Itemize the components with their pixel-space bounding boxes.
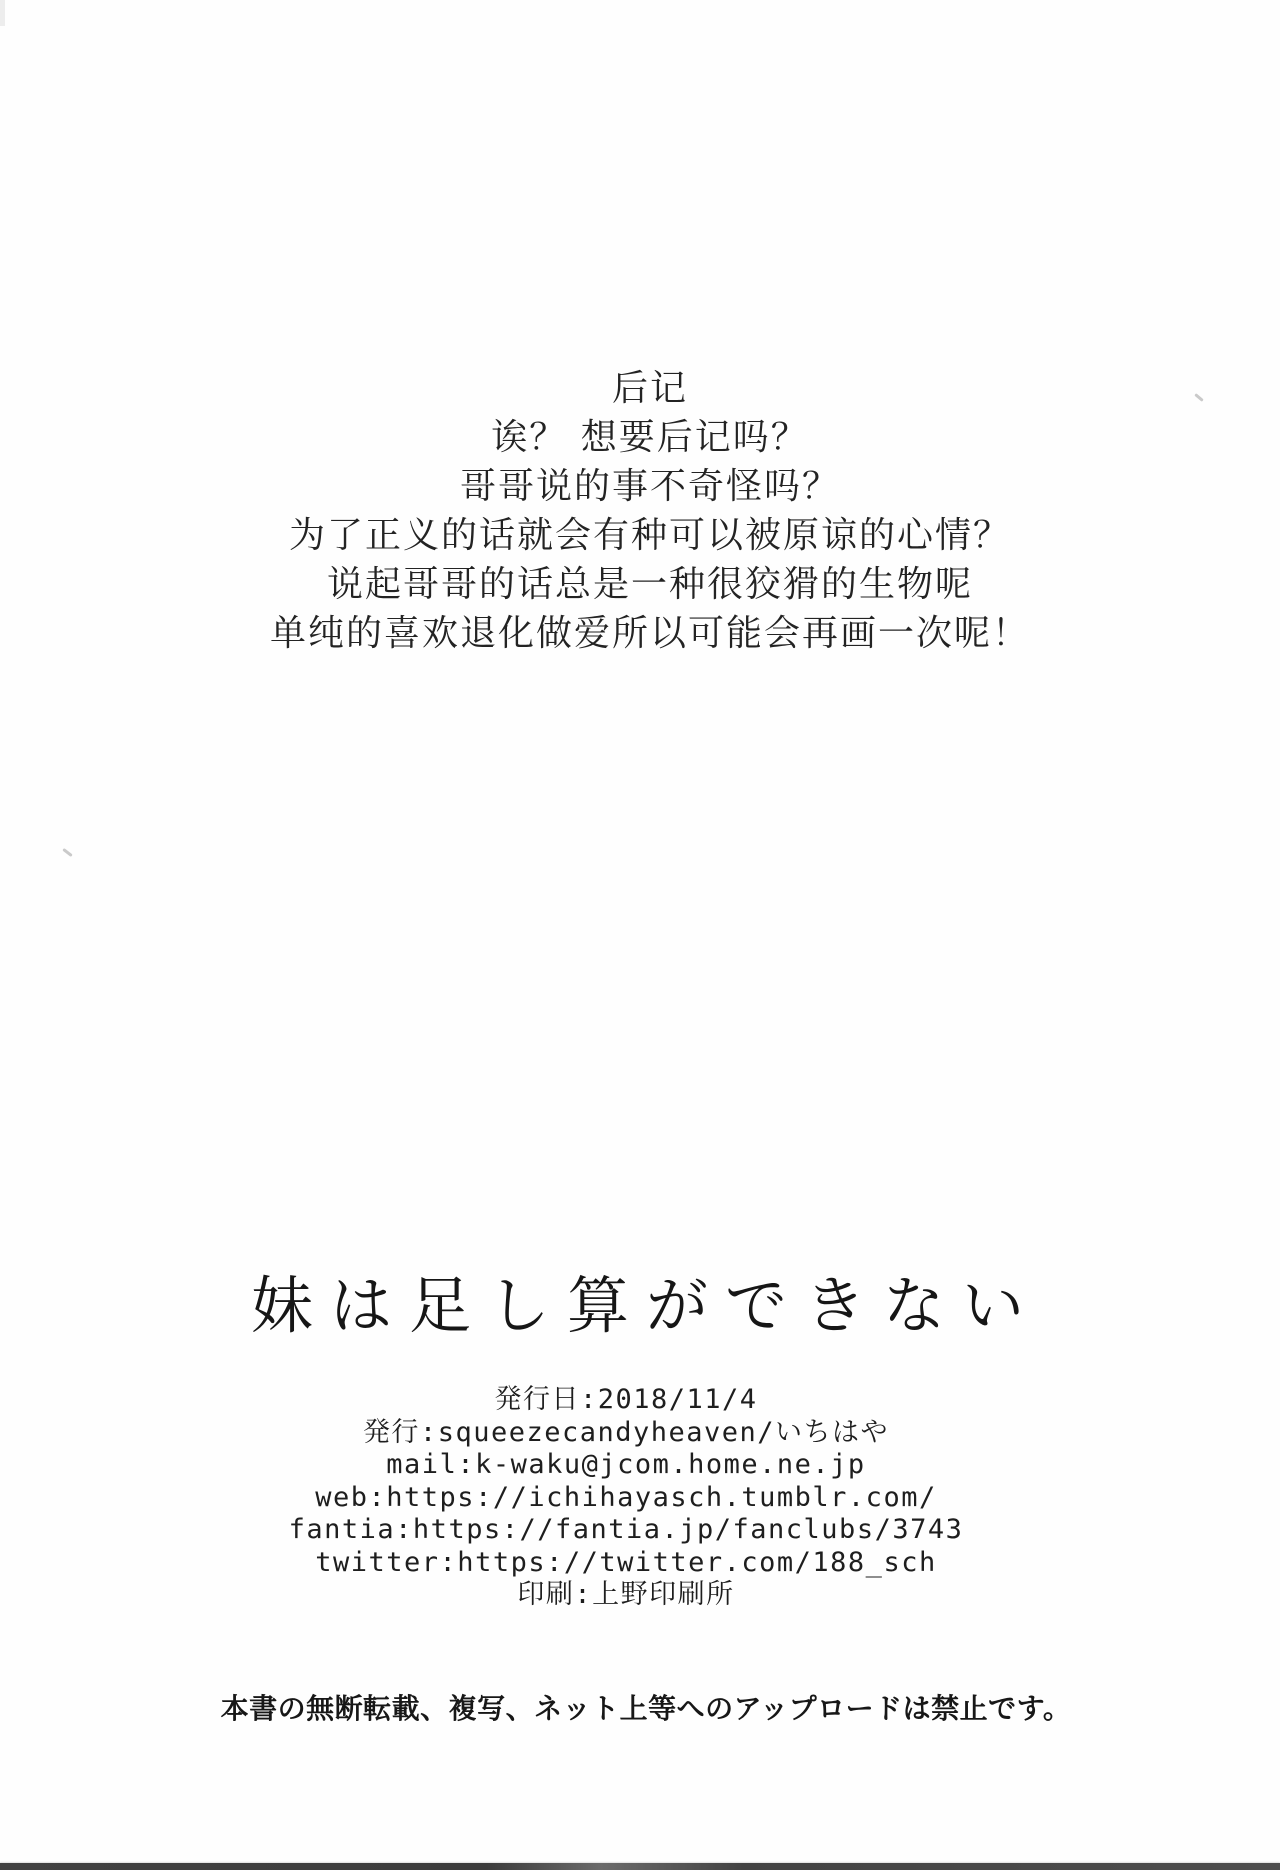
scanned-afterword-page: 后记 诶？ 想要后记吗？ 哥哥说的事不奇怪吗？ 为了正义的话就会有种可以被原谅的…	[0, 0, 1280, 1870]
afterword-block: 后记 诶？ 想要后记吗？ 哥哥说的事不奇怪吗？ 为了正义的话就会有种可以被原谅的…	[10, 364, 1280, 658]
colophon-printer: 印刷:上野印刷所	[0, 1579, 1266, 1612]
afterword-line: 诶？ 想要后记吗？	[10, 413, 1280, 462]
afterword-line: 为了正义的话就会有种可以被原谅的心情？	[10, 511, 1280, 560]
afterword-line: 说起哥哥的话总是一种很狡猾的生物呢	[10, 560, 1280, 609]
colophon-twitter: twitter:https://twitter.com/188_sch	[0, 1547, 1266, 1580]
book-title: 妹は足し算ができない	[6, 1272, 1280, 1342]
colophon-block: 発行日:2018/11/4 発行:squeezecandyheaven/いちはや…	[0, 1384, 1266, 1612]
afterword-line: 单纯的喜欢退化做爱所以可能会再画一次呢！	[10, 609, 1280, 658]
scan-speck-artifact	[62, 848, 73, 857]
afterword-line: 哥哥说的事不奇怪吗？	[10, 462, 1280, 511]
colophon-web: web:https://ichihayasch.tumblr.com/	[0, 1482, 1266, 1515]
disclaimer-text: 本書の無断転載、複写、ネット上等へのアップロードは禁止です。	[6, 1691, 1280, 1727]
colophon-fantia: fantia:https://fantia.jp/fanclubs/3743	[0, 1514, 1266, 1547]
scan-corner-artifact	[0, 0, 5, 26]
colophon-publisher: 発行:squeezecandyheaven/いちはや	[0, 1417, 1266, 1450]
afterword-heading: 后记	[10, 364, 1280, 413]
scan-bottom-edge-artifact	[0, 1863, 1280, 1870]
colophon-publish-date: 発行日:2018/11/4	[0, 1384, 1266, 1417]
colophon-mail: mail:k-waku@jcom.home.ne.jp	[0, 1449, 1266, 1482]
